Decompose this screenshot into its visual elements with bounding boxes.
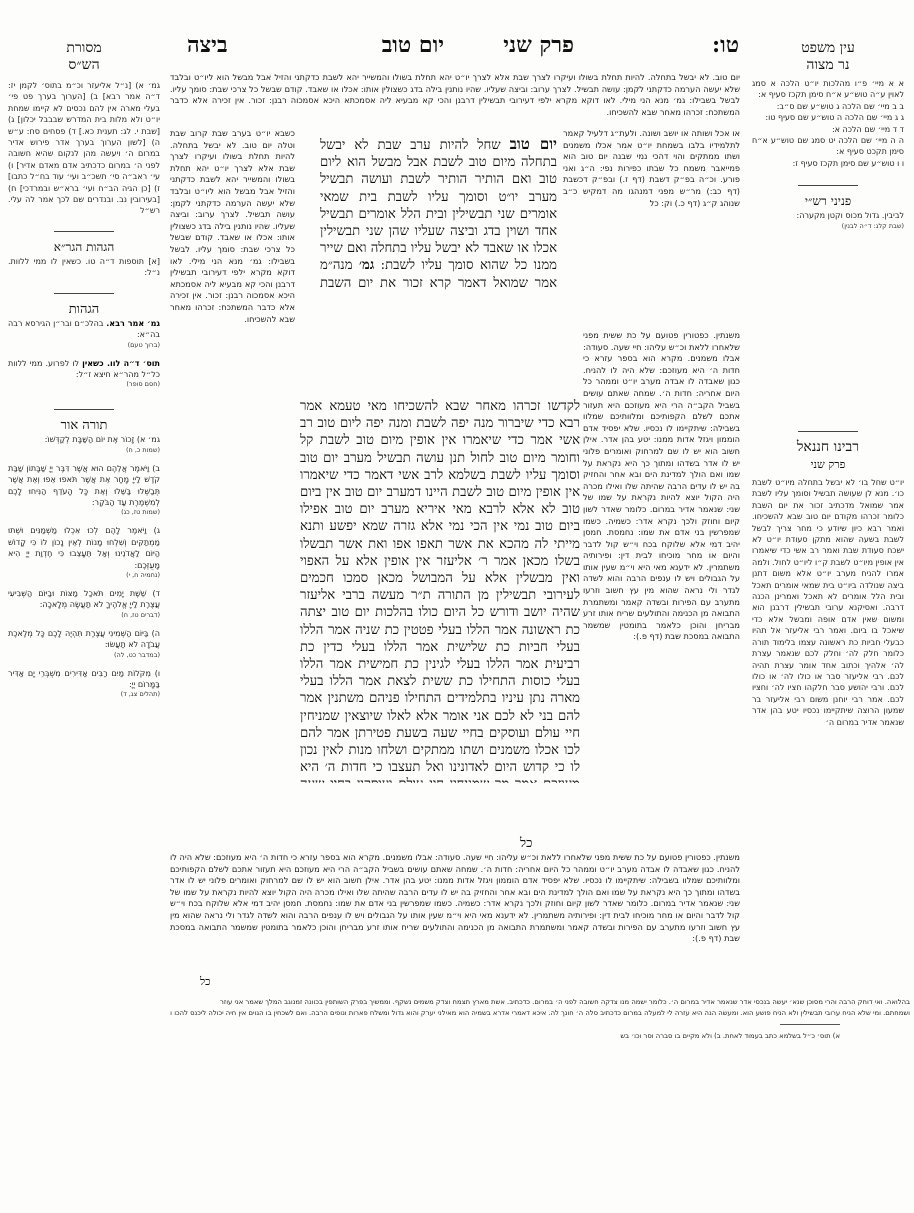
ornament-divider	[752, 425, 904, 439]
torah-or-entry: ה) בַּיּוֹם הַשְּׁמִינִי עֲצֶרֶת תִּהְיֶ…	[8, 628, 160, 660]
torah-or-entry: ו) מִקֹּלוֹת מַיִם רַבִּים אַדִּירִים מִ…	[8, 668, 160, 700]
footnote-rule	[780, 1024, 840, 1025]
gemara-lead: גמ׳	[359, 258, 374, 273]
torah-or-entry: גמ׳ א) זָכוֹר אֶת יוֹם הַשַּׁבָּת לְקַדְ…	[8, 434, 160, 454]
rabbeinu-chananel: רבינו חננאל פרק שני יו״ט שחל בו׳ לא יבשל…	[752, 425, 904, 728]
gemara-text: לקדשו זכרהו מאחר שבא להשכיחו מאי טעמא אמ…	[300, 399, 580, 783]
verse: ו) מִקֹּלוֹת מַיִם רַבִּים אַדִּירִים מִ…	[8, 668, 160, 691]
torah-or-entry: ג) וַיֹּאמֶר לָהֶם לְכוּ אִכְלוּ מַשְׁמַ…	[8, 525, 160, 580]
rashi-text: משנתין. כפטורין פטועם על כת ששית מפני של…	[583, 330, 740, 641]
verse: ה) בַּיּוֹם הַשְּׁמִינִי עֲצֶרֶת תִּהְיֶ…	[8, 628, 160, 651]
footnote-bottom: א) תוס׳ כ״ל בשלמא כתב בעמוד לאחת. ב) ולא…	[620, 1031, 840, 1041]
folio-number: טו:	[712, 32, 739, 58]
pninei-rashi-text: לביבין. גדול מכוס וקטן מקערה:	[752, 210, 904, 221]
hagahot-lead: תוס׳ ד״ה לוו. כשאין	[82, 359, 160, 368]
masoret-text: גמ׳ א) [נ״ל אליעזר וכ״מ בתוס׳ לקמן יז: ד…	[8, 80, 160, 217]
torah-or-title: תורה אור	[8, 417, 160, 434]
verse-ref: (שמות טז, כג)	[8, 508, 160, 517]
rashi-catchword: כל	[200, 975, 211, 988]
hagahot-entry: גמ׳ אמר רבא. בהלכ״ם ובר״ן הגירסא רבה בה״…	[8, 318, 160, 350]
ein-mishpat-title-2: נר מצוה	[752, 57, 904, 74]
ornament-divider	[8, 225, 160, 239]
gemara-catchword: כל	[520, 835, 532, 851]
pninei-rashi-ref: (שבת קלג: ד״ה לבנין)	[752, 222, 904, 231]
ein-mishpat-entry: א א מיי׳ פ״ו מהלכות יו״ט הלכה א סמג לאוי…	[752, 78, 904, 101]
ein-mishpat-entries: א א מיי׳ פ״ו מהלכות יו״ט הלכה א סמג לאוי…	[752, 78, 904, 169]
verse: ד) שֵׁשֶׁת יָמִים תֹּאכַל מַצּוֹת וּבַיּ…	[8, 588, 160, 611]
hagahot-lead: גמ׳ אמר רבא.	[106, 319, 160, 328]
hagahot-ref: (חסם סופר)	[8, 380, 160, 389]
ein-mishpat: עין משפט נר מצוה א א מיי׳ פ״ו מהלכות יו״…	[752, 40, 904, 231]
ornament-divider	[752, 179, 904, 193]
footnote-line: ושמחתם. ומי שלא הניח ערובי תבשילין ולא ה…	[170, 1008, 910, 1018]
verse: ב) וַיֹּאמֶר אֲלֵהֶם הוּא אֲשֶׁר דִּבֶּר…	[8, 463, 160, 509]
verse-ref: (נחמיה ח, י)	[8, 571, 160, 580]
mishnah-lead: יום טוב	[510, 136, 557, 153]
hagahot-entry: תוס׳ ד״ה לוו. כשאין לו לפרוע. ממי ללוות …	[8, 358, 160, 390]
rashi-bottom: משנתין. כפטורין פטועם על כת ששית מפני של…	[170, 852, 740, 972]
ein-mishpat-title-1: עין משפט	[752, 40, 904, 57]
rashi-top: יום טוב. לא יבשל בתחלה. להיות תחלת בשולו…	[170, 72, 740, 126]
rabbeinu-chananel-text: יו״ט שחל בו׳ לא יבשל בתחלה מיו״ט לשבת כו…	[752, 477, 904, 728]
ornament-divider	[8, 287, 160, 301]
masechet-title: ביצה	[187, 32, 228, 58]
gemara-main: לקדשו זכרהו מאחר שבא להשכיחו מאי טעמא אמ…	[300, 398, 580, 783]
verse-ref: (דברים טז, ח)	[8, 611, 160, 620]
ein-mishpat-entry: ב ב מיי׳ שם הלכה ג טוש״ע שם ס״ב:	[752, 101, 904, 112]
perek-title: פרק שני	[503, 32, 574, 58]
ornament-divider	[8, 403, 160, 417]
masoret-title-1: מסורת	[8, 40, 160, 57]
ein-mishpat-entry: ו ו טוש״ע שם סימן תקכז סעיף ז:	[752, 158, 904, 169]
pninei-rashi-title: פניני רש״י	[752, 193, 904, 210]
verse: ג) וַיֹּאמֶר לָהֶם לְכוּ אִכְלוּ מַשְׁמַ…	[8, 525, 160, 571]
masoret-hashas: מסורת הש״ס גמ׳ א) [נ״ל אליעזר וכ״מ בתוס׳…	[8, 40, 160, 707]
torah-or-entry: ד) שֵׁשֶׁת יָמִים תֹּאכַל מַצּוֹת וּבַיּ…	[8, 588, 160, 620]
verse-ref: (במדבר כט, לה)	[8, 651, 160, 660]
torah-or-entry: ב) וַיֹּאמֶר אֲלֵהֶם הוּא אֲשֶׁר דִּבֶּר…	[8, 463, 160, 518]
ein-mishpat-title: עין משפט נר מצוה	[752, 40, 904, 74]
tosafot-box-text: או אכל ושותה או יושב ושונה. ולעת״ג דלעיל…	[563, 128, 740, 208]
tosafot-text-continued: יום טוב. לא יבשל בתחלה. להיות תחלת בשולו…	[170, 140, 295, 324]
ein-mishpat-entry: ד ד מיי׳ שם הלכה א:	[752, 124, 904, 135]
masoret-title: מסורת הש״ס	[8, 40, 160, 74]
tosafot-column: כשבא יו״ט בערב שבת קרוב שבת וטלה יום טוב…	[170, 128, 295, 848]
seder-title: יום טוב	[382, 32, 444, 58]
hagahot-title: הגהות	[8, 301, 160, 318]
verse-ref: (שמות כ, ח)	[8, 446, 160, 455]
tosafot-box: או אכל ושותה או יושב ושונה. ולעת״ג דלעיל…	[563, 128, 740, 328]
ein-mishpat-entry: ג ג מיי׳ שם הלכה ה טוש״ע שם סעיף טו:	[752, 112, 904, 123]
rabbeinu-chananel-title: רבינו חננאל	[752, 439, 904, 456]
verse-ref: (תהלים צג, ד)	[8, 690, 160, 699]
hagahot-ref: (ברוך טעם)	[8, 341, 160, 350]
hagahot-gra-title: הגהות הגר״א	[8, 239, 160, 256]
footnote-line: בהלואה. ואי דוחק הרבה והרי מסוכן שנא׳ יע…	[170, 997, 910, 1007]
mishnah-block: יום טוב שחל להיות ערב שבת לא יבשל בתחלה …	[320, 136, 557, 396]
rashi-column: משנתין. כפטורין פטועם על כת ששית מפני של…	[583, 330, 740, 850]
ein-mishpat-entry: ה ה מיי׳ שם הלכה יט סמג שם טוש״ע א״ח סימ…	[752, 135, 904, 158]
masoret-title-2: הש״ס	[8, 57, 160, 74]
hagahot-gra-text: [א] תוספות ד״ה טו. כשאין לו ממי ללוות. נ…	[8, 256, 160, 279]
verse: גמ׳ א) זָכוֹר אֶת יוֹם הַשַּׁבָּת לְקַדְ…	[8, 434, 160, 445]
rabbeinu-chananel-perek: פרק שני	[752, 456, 904, 473]
mishnah-text: שחל להיות ערב שבת לא יבשל בתחלה מיום טוב…	[320, 138, 557, 273]
